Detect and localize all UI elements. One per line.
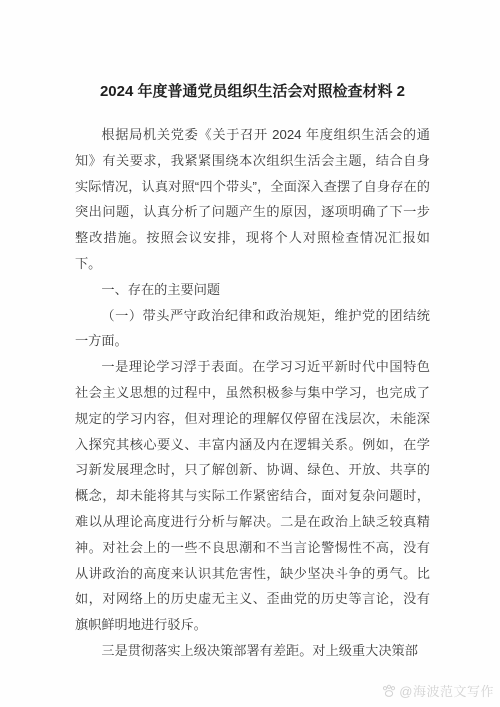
watermark: @海波范文写作: [382, 681, 494, 700]
paragraph-intro: 根据局机关党委《关于召开 2024 年度组织生活会的通知》有关要求，我紧紧围绕本…: [75, 122, 430, 277]
watermark-text: @海波范文写作: [399, 681, 494, 700]
paragraph-problems-3: 三是贯彻落实上级决策部署有差距。对上级重大决策部: [75, 638, 430, 664]
document-title: 2024 年度普通党员组织生活会对照检查材料 2: [75, 79, 430, 105]
paw-icon: [382, 684, 396, 698]
document-body: 根据局机关党委《关于召开 2024 年度组织生活会的通知》有关要求，我紧紧围绕本…: [75, 122, 430, 664]
paragraph-section-heading: 一、存在的主要问题: [75, 277, 430, 303]
document-page: 2024 年度普通党员组织生活会对照检查材料 2 根据局机关党委《关于召开 20…: [0, 0, 500, 707]
paragraph-subsection-heading: （一）带头严守政治纪律和政治规矩，维护党的团结统一方面。: [75, 303, 430, 355]
paragraph-problems-1-2: 一是理论学习浮于表面。在学习习近平新时代中国特色社会主义思想的过程中，虽然积极参…: [75, 354, 430, 638]
